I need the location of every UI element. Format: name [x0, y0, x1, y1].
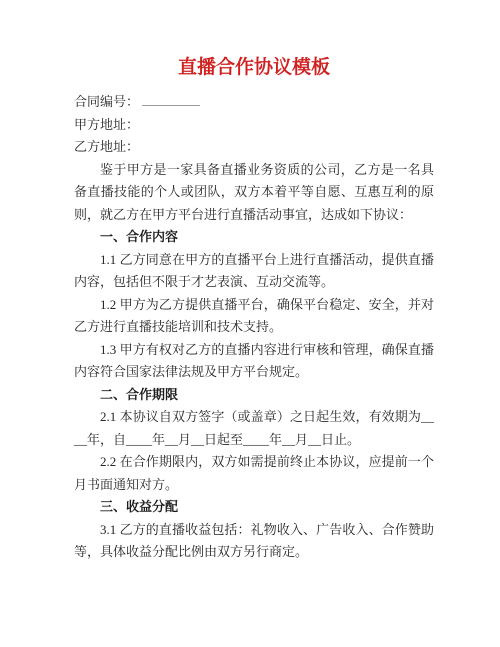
clause-1-2: 1.2 甲方为乙方提供直播平台，确保平台稳定、安全，并对乙方进行直播技能培训和技…	[74, 294, 434, 339]
preamble-paragraph: 鉴于甲方是一家具备直播业务资质的公司，乙方是一名具备直播技能的个人或团队，双方本…	[74, 159, 434, 227]
document-page: 直播合作协议模板 合同编号： 甲方地址： 乙方地址： 鉴于甲方是一家具备直播业务…	[0, 0, 500, 647]
clause-2-1: 2.1 本协议自双方签字（或盖章）之日起生效，有效期为____年，自____年_…	[74, 406, 434, 451]
section-heading-cooperation-content: 一、合作内容	[74, 226, 434, 249]
header-fields: 合同编号： 甲方地址： 乙方地址：	[74, 91, 434, 159]
party-a-address-label: 甲方地址：	[74, 114, 434, 137]
section-heading-revenue-sharing: 三、收益分配	[74, 496, 434, 519]
contract-no-label: 合同编号：	[74, 94, 139, 109]
document-title: 直播合作协议模板	[74, 54, 434, 81]
section-heading-cooperation-term: 二、合作期限	[74, 384, 434, 407]
clause-1-1: 1.1 乙方同意在甲方的直播平台上进行直播活动，提供直播内容，包括但不限于才艺表…	[74, 249, 434, 294]
contract-no-blank-line	[142, 93, 200, 106]
contract-no-row: 合同编号：	[74, 91, 434, 114]
party-b-address-label: 乙方地址：	[74, 136, 434, 159]
clause-3-1: 3.1 乙方的直播收益包括：礼物收入、广告收入、合作赞助等，具体收益分配比例由双…	[74, 519, 434, 564]
clause-1-3: 1.3 甲方有权对乙方的直播内容进行审核和管理，确保直播内容符合国家法律法规及甲…	[74, 339, 434, 384]
clause-2-2: 2.2 在合作期限内，双方如需提前终止本协议，应提前一个月书面通知对方。	[74, 451, 434, 496]
